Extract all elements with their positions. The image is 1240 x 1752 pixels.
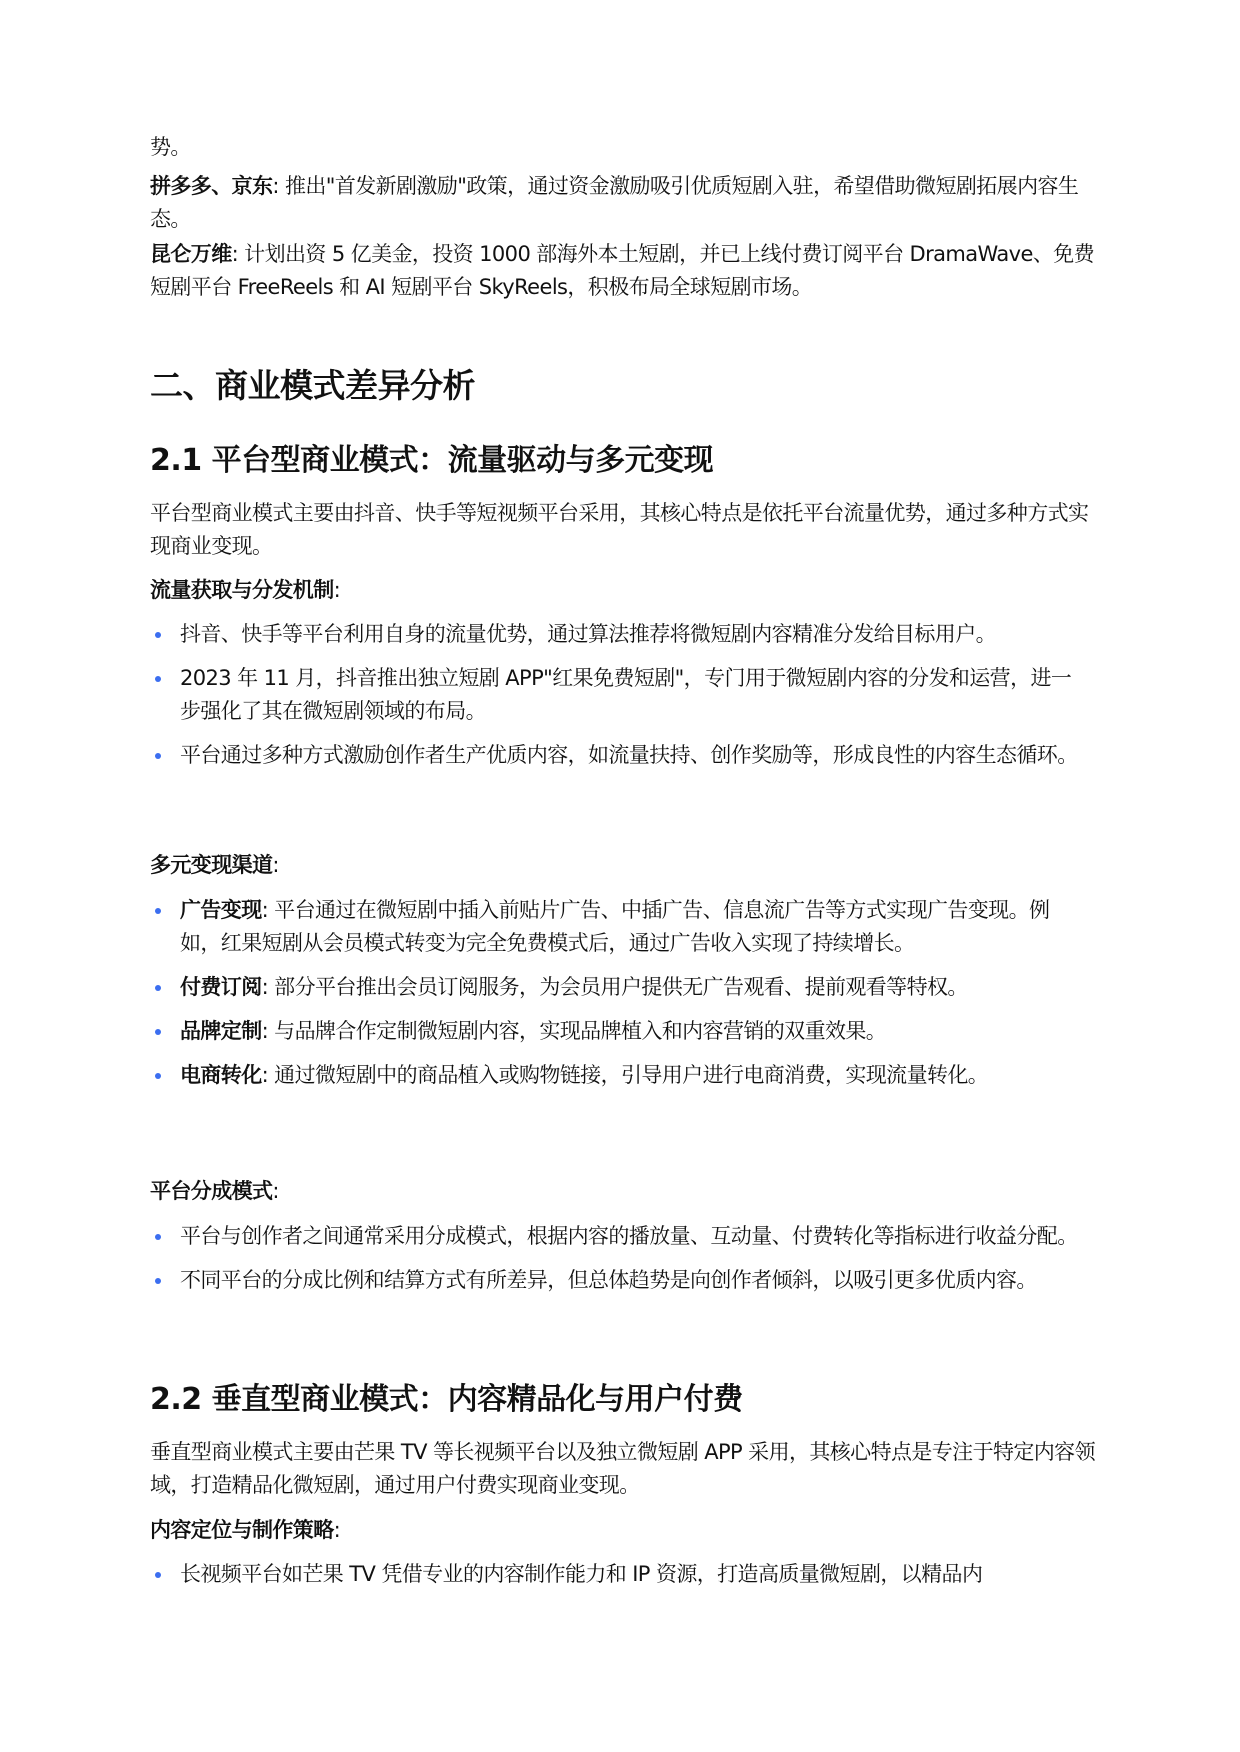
bullet-dot-icon <box>155 1073 161 1079</box>
paragraph-kunlun: 昆仑万维: 计划出资 5 亿美金，投资 1000 部海外本土短剧，并已上线付费订… <box>150 238 1100 304</box>
list-item-label: 电商转化 <box>180 1063 262 1087</box>
list-item-text: 抖音、快手等平台利用自身的流量优势，通过算法推荐将微短剧内容精准分发给目标用户。 <box>180 622 996 646</box>
list-item: 不同平台的分成比例和结算方式有所差异，但总体趋势是向创作者倾斜，以吸引更多优质内… <box>150 1264 1080 1297</box>
list-item: 2023 年 11 月，抖音推出独立短剧 APP"红果免费短剧"，专门用于微短剧… <box>150 662 1080 728</box>
label-sep: : <box>232 242 245 266</box>
subsection-heading-2-2: 2.2 垂直型商业模式：内容精品化与用户付费 <box>150 1380 743 1420</box>
label-kunlun: 昆仑万维 <box>150 242 232 266</box>
list-item-text: 不同平台的分成比例和结算方式有所差异，但总体趋势是向创作者倾斜，以吸引更多优质内… <box>180 1268 1037 1292</box>
paragraph-text: 推出"首发新剧激励"政策，通过资金激励吸引优质短剧入驻，希望借助微短剧拓展内容生… <box>150 174 1078 231</box>
list-item: 长视频平台如芒果 TV 凭借专业的内容制作能力和 IP 资源，打造高质量微短剧，… <box>150 1558 1080 1591</box>
list-item: 抖音、快手等平台利用自身的流量优势，通过算法推荐将微短剧内容精准分发给目标用户。 <box>150 618 1080 651</box>
group-heading-revenue-share: 平台分成模式: <box>150 1175 1100 1208</box>
label-sep: : <box>272 174 285 198</box>
paragraph-vertical-intro: 垂直型商业模式主要由芒果 TV 等长视频平台以及独立微短剧 APP 采用，其核心… <box>150 1436 1100 1502</box>
bullet-dot-icon <box>155 753 161 759</box>
list-item-text: 平台与创作者之间通常采用分成模式，根据内容的播放量、互动量、付费转化等指标进行收… <box>180 1224 1078 1248</box>
section-heading: 二、商业模式差异分析 <box>150 364 475 408</box>
list-item-text: 2023 年 11 月，抖音推出独立短剧 APP"红果免费短剧"，专门用于微短剧… <box>180 666 1071 723</box>
list-item-label: 付费订阅 <box>180 975 262 999</box>
paragraph-platform-intro: 平台型商业模式主要由抖音、快手等短视频平台采用，其核心特点是依托平台流量优势，通… <box>150 497 1100 563</box>
list-item-label: 品牌定制 <box>180 1019 262 1043</box>
bullet-dot-icon <box>155 1572 161 1578</box>
list-item-text: 通过微短剧中的商品植入或购物链接，引导用户进行电商消费，实现流量转化。 <box>274 1063 988 1087</box>
list-item-text: 部分平台推出会员订阅服务，为会员用户提供无广告观看、提前观看等特权。 <box>274 975 968 999</box>
paragraph-continuation: 势。 <box>150 131 1100 164</box>
heading-text: 内容定位与制作策略 <box>150 1518 334 1542</box>
bullet-list-content-strategy: 长视频平台如芒果 TV 凭借专业的内容制作能力和 IP 资源，打造高质量微短剧，… <box>150 1558 1100 1591</box>
list-item: 广告变现: 平台通过在微短剧中插入前贴片广告、中插广告、信息流广告等方式实现广告… <box>150 894 1080 960</box>
heading-text: 平台分成模式 <box>150 1179 272 1203</box>
bullet-list-traffic: 抖音、快手等平台利用自身的流量优势，通过算法推荐将微短剧内容精准分发给目标用户。… <box>150 618 1100 772</box>
bullet-dot-icon <box>155 1029 161 1035</box>
paragraph-text: 计划出资 5 亿美金，投资 1000 部海外本土短剧，并已上线付费订阅平台 Dr… <box>150 242 1094 299</box>
label-sep: : <box>262 1063 275 1087</box>
colon: : <box>272 1179 278 1203</box>
list-item: 品牌定制: 与品牌合作定制微短剧内容，实现品牌植入和内容营销的双重效果。 <box>150 1015 1080 1048</box>
group-heading-content-strategy: 内容定位与制作策略: <box>150 1514 1100 1547</box>
heading-text: 流量获取与分发机制 <box>150 578 334 602</box>
group-heading-monetization: 多元变现渠道: <box>150 849 1100 882</box>
list-item-text: 平台通过在微短剧中插入前贴片广告、中插广告、信息流广告等方式实现广告变现。例如，… <box>180 898 1049 955</box>
bullet-dot-icon <box>155 632 161 638</box>
bullet-dot-icon <box>155 1234 161 1240</box>
heading-text: 多元变现渠道 <box>150 853 272 877</box>
bullet-list-revenue-share: 平台与创作者之间通常采用分成模式，根据内容的播放量、互动量、付费转化等指标进行收… <box>150 1220 1100 1297</box>
colon: : <box>334 578 340 602</box>
subsection-heading-2-1: 2.1 平台型商业模式：流量驱动与多元变现 <box>150 441 713 481</box>
list-item-text: 平台通过多种方式激励创作者生产优质内容，如流量扶持、创作奖励等，形成良性的内容生… <box>180 743 1078 767</box>
list-item-text: 与品牌合作定制微短剧内容，实现品牌植入和内容营销的双重效果。 <box>274 1019 886 1043</box>
colon: : <box>272 853 278 877</box>
colon: : <box>334 1518 340 1542</box>
label-pdd-jd: 拼多多、京东 <box>150 174 272 198</box>
bullet-dot-icon <box>155 908 161 914</box>
list-item-text: 长视频平台如芒果 TV 凭借专业的内容制作能力和 IP 资源，打造高质量微短剧，… <box>180 1562 982 1586</box>
list-item: 付费订阅: 部分平台推出会员订阅服务，为会员用户提供无广告观看、提前观看等特权。 <box>150 971 1080 1004</box>
list-item: 平台通过多种方式激励创作者生产优质内容，如流量扶持、创作奖励等，形成良性的内容生… <box>150 739 1080 772</box>
bullet-dot-icon <box>155 985 161 991</box>
bullet-dot-icon <box>155 1278 161 1284</box>
label-sep: : <box>262 898 275 922</box>
label-sep: : <box>262 975 275 999</box>
group-heading-traffic: 流量获取与分发机制: <box>150 574 1100 607</box>
bullet-dot-icon <box>155 676 161 682</box>
paragraph-pdd-jd: 拼多多、京东: 推出"首发新剧激励"政策，通过资金激励吸引优质短剧入驻，希望借助… <box>150 170 1100 236</box>
label-sep: : <box>262 1019 275 1043</box>
list-item: 电商转化: 通过微短剧中的商品植入或购物链接，引导用户进行电商消费，实现流量转化… <box>150 1059 1080 1092</box>
bullet-list-monetization: 广告变现: 平台通过在微短剧中插入前贴片广告、中插广告、信息流广告等方式实现广告… <box>150 894 1100 1092</box>
list-item: 平台与创作者之间通常采用分成模式，根据内容的播放量、互动量、付费转化等指标进行收… <box>150 1220 1080 1253</box>
list-item-label: 广告变现 <box>180 898 262 922</box>
